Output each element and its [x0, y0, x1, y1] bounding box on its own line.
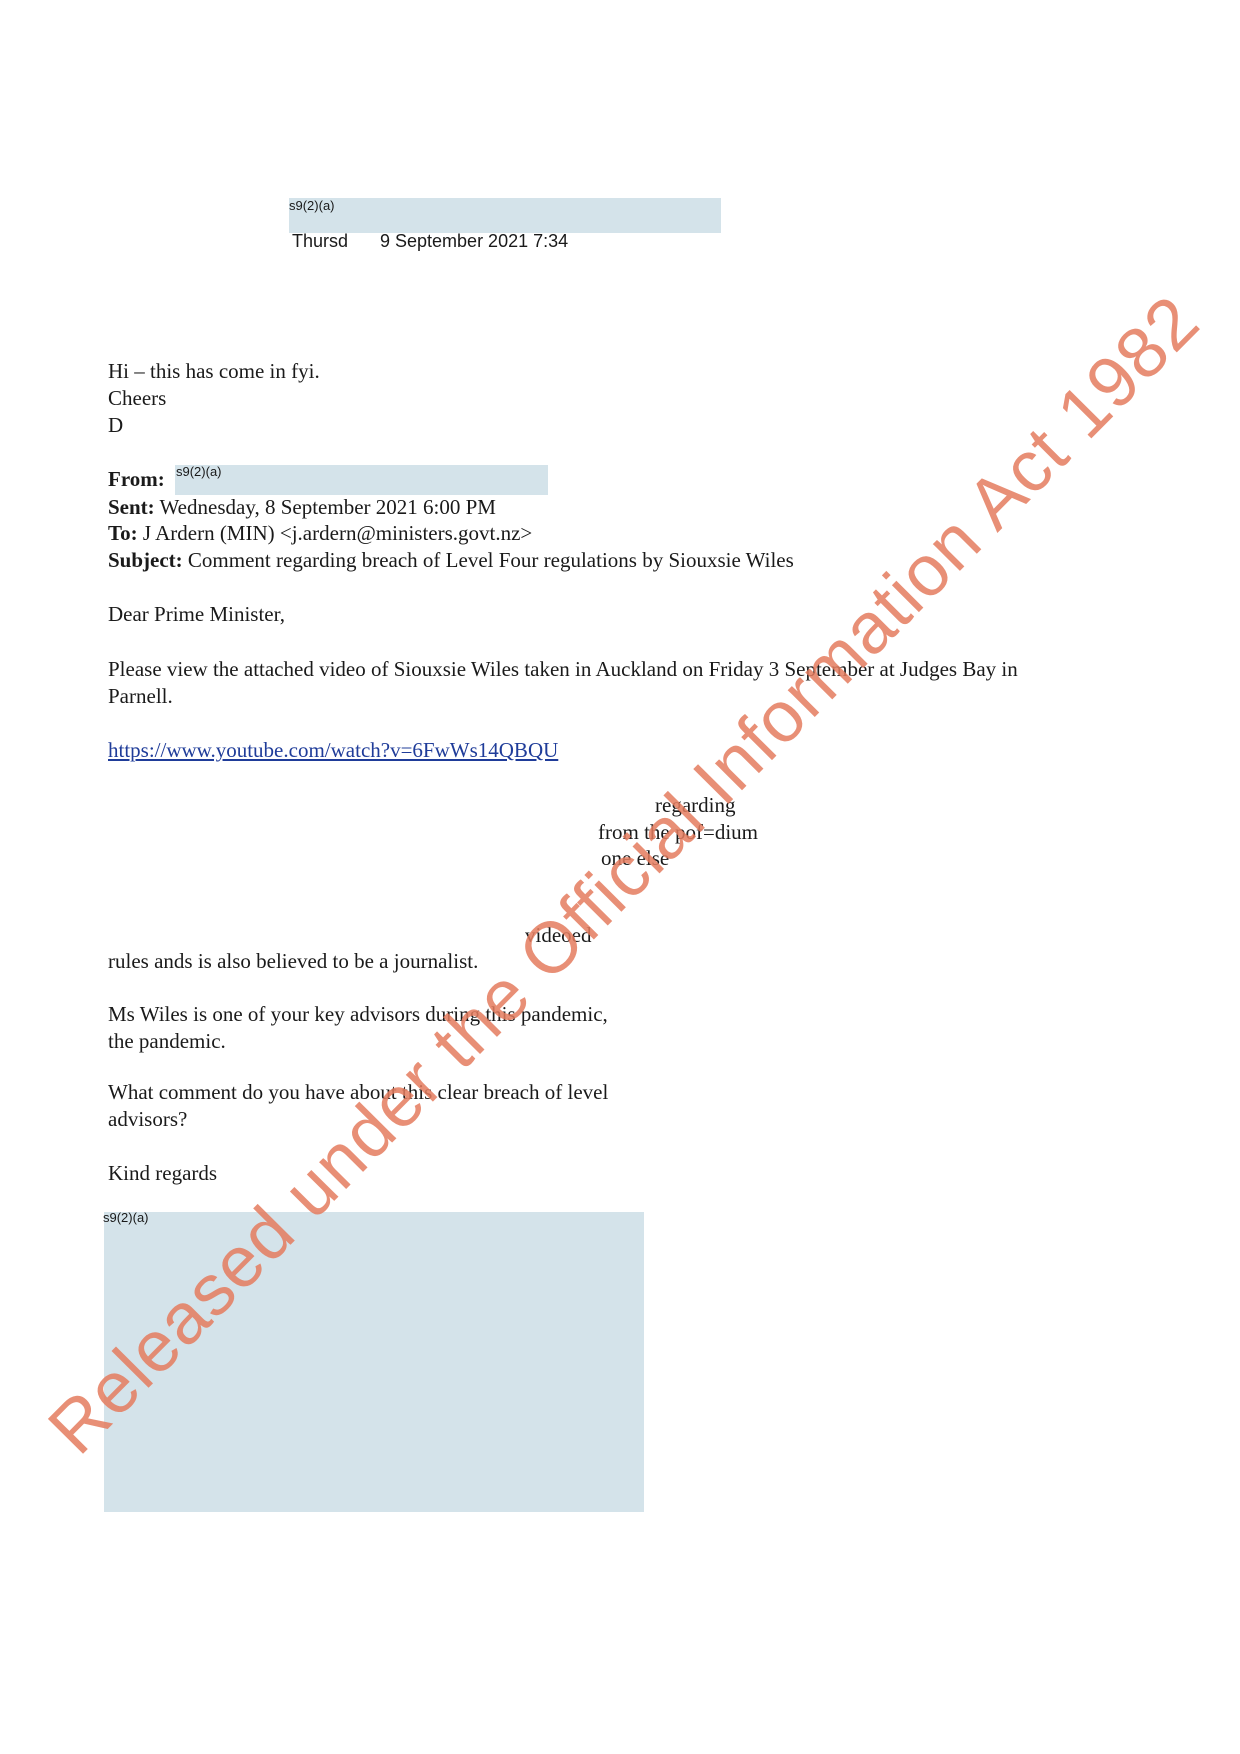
from-redaction-label: s9(2)(a)	[176, 464, 222, 479]
sent-label: Sent:	[108, 495, 155, 519]
sent-row: Sent: Wednesday, 8 September 2021 6:00 P…	[108, 494, 496, 520]
paragraph-5-line-2: advisors?	[108, 1106, 187, 1132]
header-date: 9 September 2021 7:34	[380, 231, 568, 252]
cover-note-line-1: Hi – this has come in fyi.	[108, 358, 320, 384]
cover-note-line-3: D	[108, 412, 123, 438]
paragraph-1-line-1: Please view the attached video of Siouxs…	[108, 656, 1018, 682]
to-value: J Ardern (MIN) <j.ardern@ministers.govt.…	[143, 521, 532, 545]
fragment-one-else: one else	[601, 845, 669, 871]
header-day: Thursd	[292, 231, 348, 252]
paragraph-4-line-1: Ms Wiles is one of your key advisors dur…	[108, 1001, 608, 1027]
subject-row: Subject: Comment regarding breach of Lev…	[108, 547, 794, 573]
fragment-regarding: regarding	[655, 792, 735, 818]
paragraph-5-line-1: What comment do you have about this clea…	[108, 1079, 608, 1105]
from-redaction-box	[175, 465, 548, 495]
youtube-link[interactable]: https://www.youtube.com/watch?v=6FwWs14Q…	[108, 737, 558, 763]
cover-note-line-2: Cheers	[108, 385, 166, 411]
from-row: From:	[108, 466, 165, 492]
signature-redaction-box	[104, 1212, 644, 1512]
to-row: To: J Ardern (MIN) <j.ardern@ministers.g…	[108, 520, 532, 546]
paragraph-3: rules ands is also believed to be a jour…	[108, 948, 478, 974]
subject-label: Subject:	[108, 548, 183, 572]
header-redaction-box	[289, 198, 721, 233]
signature-redaction-label: s9(2)(a)	[103, 1210, 149, 1225]
paragraph-1-line-2: Parnell.	[108, 683, 173, 709]
closing: Kind regards	[108, 1160, 217, 1186]
subject-value: Comment regarding breach of Level Four r…	[188, 548, 794, 572]
from-label: From:	[108, 467, 165, 491]
header-redaction-label: s9(2)(a)	[289, 198, 335, 213]
to-label: To:	[108, 521, 138, 545]
salutation: Dear Prime Minister,	[108, 601, 285, 627]
fragment-podium: from the pof=dium	[598, 819, 758, 845]
fragment-videoed: videoed	[525, 922, 591, 948]
paragraph-4-line-2: the pandemic.	[108, 1028, 226, 1054]
sent-value: Wednesday, 8 September 2021 6:00 PM	[160, 495, 496, 519]
